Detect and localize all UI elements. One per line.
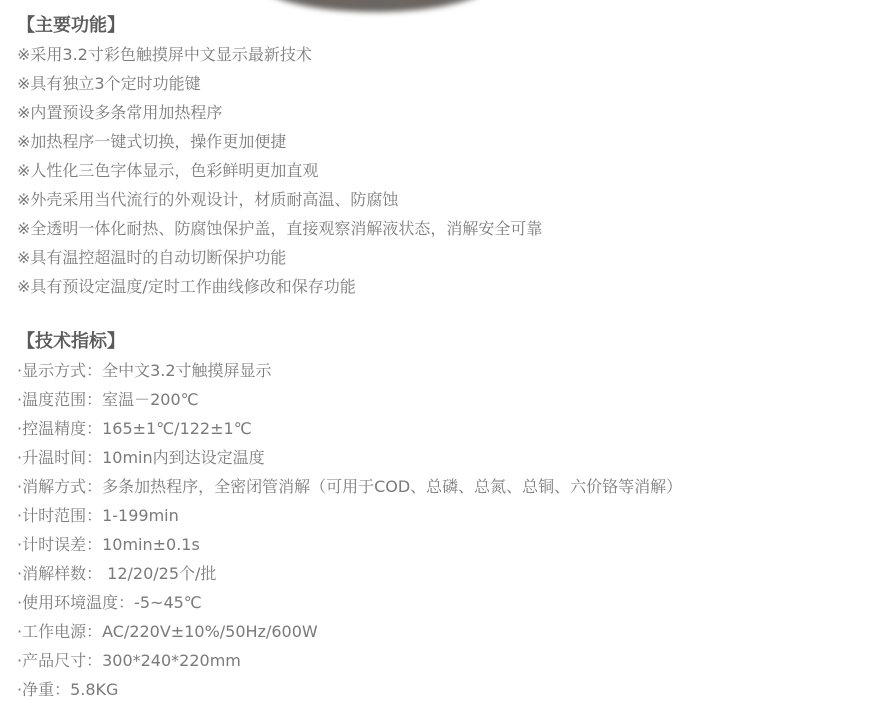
spec-item: ·计时范围：1-199min: [17, 501, 870, 530]
feature-item: ※加热程序一键式切换，操作更加便捷: [17, 127, 870, 156]
feature-item: ※具有独立3个定时功能键: [17, 69, 870, 98]
spec-item: ·使用环境温度：-5~45℃: [17, 588, 870, 617]
product-description: 【主要功能】 ※采用3.2寸彩色触摸屏中文显示最新技术 ※具有独立3个定时功能键…: [17, 11, 870, 704]
spec-item: ·产品尺寸：300*240*220mm: [17, 646, 870, 675]
spec-item: ·消解样数： 12/20/25个/批: [17, 559, 870, 588]
section-heading-tech-specs: 【技术指标】: [17, 327, 870, 356]
spec-item: ·净重：5.8KG: [17, 675, 870, 704]
feature-item: ※采用3.2寸彩色触摸屏中文显示最新技术: [17, 40, 870, 69]
spec-item: ·控温精度：165±1℃/122±1℃: [17, 414, 870, 443]
feature-item: ※具有预设定温度/定时工作曲线修改和保存功能: [17, 272, 870, 301]
feature-item: ※人性化三色字体显示，色彩鲜明更加直观: [17, 156, 870, 185]
spec-item: ·工作电源：AC/220V±10%/50Hz/600W: [17, 617, 870, 646]
section-heading-main-functions: 【主要功能】: [17, 11, 870, 40]
spec-item: ·显示方式：全中文3.2寸触摸屏显示: [17, 356, 870, 385]
feature-item: ※外壳采用当代流行的外观设计，材质耐高温、防腐蚀: [17, 185, 870, 214]
spec-item: ·温度范围：室温－200℃: [17, 385, 870, 414]
spec-item: ·消解方式：多条加热程序，全密闭管消解（可用于COD、总磷、总氮、总铜、六价铬等…: [17, 472, 870, 501]
feature-item: ※内置预设多条常用加热程序: [17, 98, 870, 127]
feature-item: ※全透明一体化耐热、防腐蚀保护盖，直接观察消解液状态，消解安全可靠: [17, 214, 870, 243]
spec-item: ·升温时间：10min内到达设定温度: [17, 443, 870, 472]
feature-item: ※具有温控超温时的自动切断保护功能: [17, 243, 870, 272]
spec-item: ·计时误差：10min±0.1s: [17, 530, 870, 559]
